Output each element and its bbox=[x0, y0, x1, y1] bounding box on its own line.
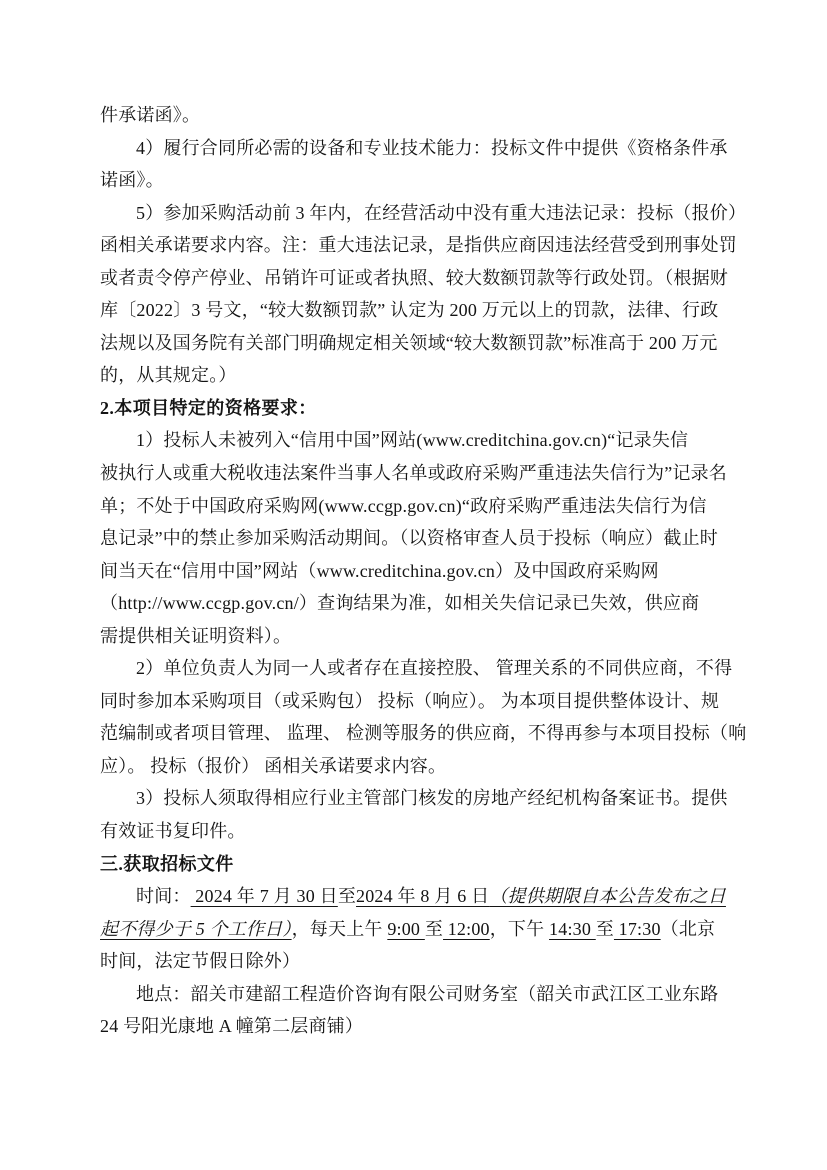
text-line: 范编制或者项目管理、 监理、 检测等服务的供应商，不得再参与本项目投标（响 bbox=[100, 717, 745, 750]
text-line: 单；不处于中国政府采购网(www.ccgp.gov.cn)“政府采购严重违法失信… bbox=[100, 490, 745, 523]
text-line: 的，从其规定。） bbox=[100, 359, 745, 392]
text-line: 或者责令停产停业、吊销许可证或者执照、较大数额罚款等行政处罚。（根据财 bbox=[100, 262, 745, 295]
text-segment: 库〔2022〕3 号文，“较大数额罚款” 认定为 200 万元以上的罚款，法律、… bbox=[100, 300, 718, 320]
text-line: 库〔2022〕3 号文，“较大数额罚款” 认定为 200 万元以上的罚款，法律、… bbox=[100, 294, 745, 327]
text-line: 2）单位负责人为同一人或者存在直接控股、 管理关系的不同供应商，不得 bbox=[100, 652, 745, 685]
text-segment: 5）参加采购活动前 3 年内，在经营活动中没有重大违法记录：投标（报价） bbox=[136, 203, 746, 223]
text-segment: 3）投标人须取得相应行业主管部门核发的房地产经纪机构备案证书。提供 bbox=[136, 788, 728, 808]
text-line: 有效证书复印件。 bbox=[100, 815, 745, 848]
text-line: 3）投标人须取得相应行业主管部门核发的房地产经纪机构备案证书。提供 bbox=[100, 782, 745, 815]
text-segment: 应）。 投标（报价） 函相关承诺要求内容。 bbox=[100, 756, 446, 776]
text-line: 应）。 投标（报价） 函相关承诺要求内容。 bbox=[100, 750, 745, 783]
text-segment: 诺函》。 bbox=[100, 170, 164, 190]
text-line: 1）投标人未被列入“信用中国”网站(www.creditchina.gov.cn… bbox=[100, 424, 745, 457]
document-body: 件承诺函》。4）履行合同所必需的设备和专业技术能力：投标文件中提供《资格条件承诺… bbox=[100, 99, 745, 1043]
text-line: （http://www.ccgp.gov.cn/）查询结果为准，如相关失信记录已… bbox=[100, 587, 745, 620]
text-line: 件承诺函》。 bbox=[100, 99, 745, 132]
underlined-segment: 14:30 bbox=[549, 919, 596, 939]
text-line: 诺函》。 bbox=[100, 164, 745, 197]
italic-underlined-segment: 起不得少于 5 个工作日） bbox=[100, 919, 292, 939]
text-segment: 地点：韶关市建韶工程造价咨询有限公司财务室（韶关市武江区工业东路 bbox=[136, 984, 718, 1004]
text-line: 需提供相关证明资料）。 bbox=[100, 620, 745, 653]
text-segment: 息记录”中的禁止参加采购活动期间。（以资格审查人员于投标（响应）截止时 bbox=[100, 528, 718, 548]
section-heading: 2.本项目特定的资格要求： bbox=[100, 392, 745, 425]
text-segment: 至 bbox=[596, 919, 614, 939]
text-segment: ，每天上午 bbox=[292, 919, 388, 939]
text-segment: 4）履行合同所必需的设备和专业技术能力：投标文件中提供《资格条件承 bbox=[136, 138, 728, 158]
text-segment: 时间： bbox=[136, 886, 191, 906]
text-line: 法规以及国务院有关部门明确规定相关领域“较大数额罚款”标准高于 200 万元 bbox=[100, 327, 745, 360]
heading-text: 三.获取招标文件 bbox=[100, 854, 234, 874]
text-line: 24 号阳光康地 A 幢第二层商铺） bbox=[100, 1010, 745, 1043]
underlined-segment: 2024 年 7 月 30 日 bbox=[191, 886, 338, 906]
document-page: 件承诺函》。4）履行合同所必需的设备和专业技术能力：投标文件中提供《资格条件承诺… bbox=[0, 0, 827, 1170]
text-line: 4）履行合同所必需的设备和专业技术能力：投标文件中提供《资格条件承 bbox=[100, 132, 745, 165]
text-segment: 范编制或者项目管理、 监理、 检测等服务的供应商，不得再参与本项目投标（响 bbox=[100, 723, 746, 743]
text-segment: 同时参加本采购项目（或采购包） 投标（响应）。 为本项目提供整体设计、规 bbox=[100, 691, 719, 711]
text-line: 被执行人或重大税收违法案件当事人名单或政府采购严重违法失信行为”记录名 bbox=[100, 457, 745, 490]
text-segment: 或者责令停产停业、吊销许可证或者执照、较大数额罚款等行政处罚。（根据财 bbox=[100, 268, 728, 288]
underlined-segment: 17:30 bbox=[614, 919, 661, 939]
section-heading: 三.获取招标文件 bbox=[100, 848, 745, 881]
underlined-segment: 12:00 bbox=[443, 919, 490, 939]
text-segment: （http://www.ccgp.gov.cn/）查询结果为准，如相关失信记录已… bbox=[100, 593, 699, 613]
text-segment: 单；不处于中国政府采购网(www.ccgp.gov.cn)“政府采购严重违法失信… bbox=[100, 496, 707, 516]
text-line: 地点：韶关市建韶工程造价咨询有限公司财务室（韶关市武江区工业东路 bbox=[100, 978, 745, 1011]
text-segment: （北京 bbox=[661, 919, 716, 939]
heading-text: 2.本项目特定的资格要求： bbox=[100, 398, 317, 418]
text-line: 5）参加采购活动前 3 年内，在经营活动中没有重大违法记录：投标（报价） bbox=[100, 197, 745, 230]
text-segment: 2）单位负责人为同一人或者存在直接控股、 管理关系的不同供应商，不得 bbox=[136, 658, 732, 678]
text-segment: 时间，法定节假日除外） bbox=[100, 951, 300, 971]
text-segment: 的，从其规定。） bbox=[100, 365, 237, 385]
text-line: 起不得少于 5 个工作日），每天上午 9:00 至 12:00，下午 14:30… bbox=[100, 913, 745, 946]
text-segment: 被执行人或重大税收违法案件当事人名单或政府采购严重违法失信行为”记录名 bbox=[100, 463, 727, 483]
italic-underlined-segment: （提供期限自本公告发布之日 bbox=[489, 886, 726, 906]
text-segment: 1）投标人未被列入“信用中国”网站(www.creditchina.gov.cn… bbox=[136, 430, 688, 450]
underlined-segment: 9:00 bbox=[387, 919, 425, 939]
text-segment: 至 bbox=[338, 886, 356, 906]
text-line: 时间，法定节假日除外） bbox=[100, 945, 745, 978]
text-line: 间当天在“信用中国”网站（www.creditchina.gov.cn）及中国政… bbox=[100, 555, 745, 588]
text-segment: 函相关承诺要求内容。注：重大违法记录，是指供应商因违法经营受到刑事处罚 bbox=[100, 235, 737, 255]
text-segment: ，下午 bbox=[490, 919, 549, 939]
text-segment: 间当天在“信用中国”网站（www.creditchina.gov.cn）及中国政… bbox=[100, 561, 659, 581]
text-line: 同时参加本采购项目（或采购包） 投标（响应）。 为本项目提供整体设计、规 bbox=[100, 685, 745, 718]
text-line: 时间： 2024 年 7 月 30 日至2024 年 8 月 6 日（提供期限自… bbox=[100, 880, 745, 913]
text-segment: 24 号阳光康地 A 幢第二层商铺） bbox=[100, 1016, 363, 1036]
text-segment: 至 bbox=[425, 919, 443, 939]
underlined-segment: 2024 年 8 月 6 日 bbox=[356, 886, 489, 906]
text-line: 函相关承诺要求内容。注：重大违法记录，是指供应商因违法经营受到刑事处罚 bbox=[100, 229, 745, 262]
text-segment: 有效证书复印件。 bbox=[100, 821, 246, 841]
text-segment: 需提供相关证明资料）。 bbox=[100, 626, 291, 646]
text-line: 息记录”中的禁止参加采购活动期间。（以资格审查人员于投标（响应）截止时 bbox=[100, 522, 745, 555]
text-segment: 件承诺函》。 bbox=[100, 105, 200, 125]
text-segment: 法规以及国务院有关部门明确规定相关领域“较大数额罚款”标准高于 200 万元 bbox=[100, 333, 718, 353]
